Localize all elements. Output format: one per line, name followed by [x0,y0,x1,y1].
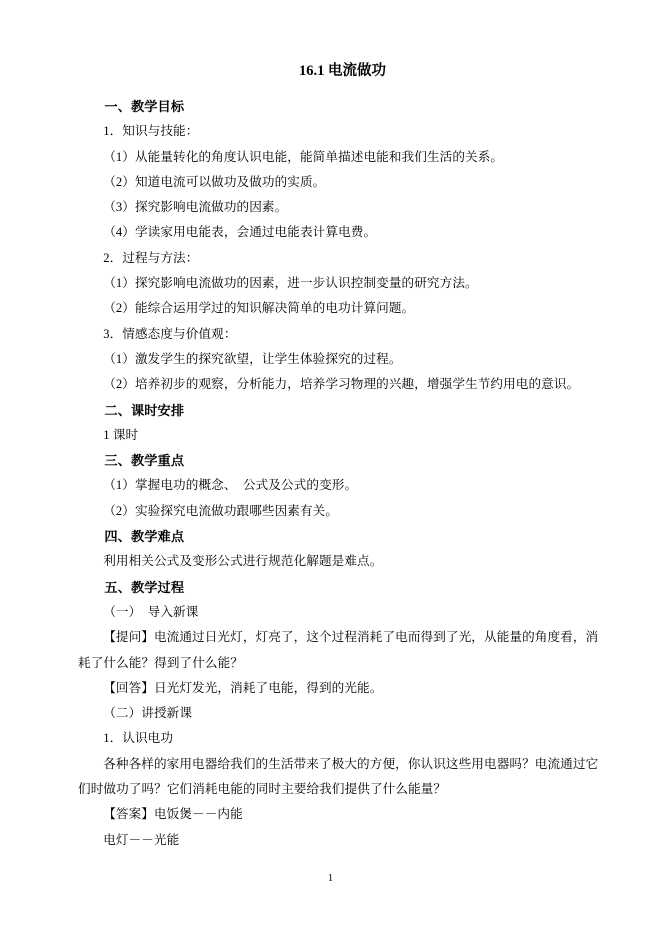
section-heading-lesson-hours: 二、课时安排 [78,398,607,423]
paragraph-goal-item-2: （2）知道电流可以做功及做功的实质。 [78,170,607,195]
paragraph-goal-item-1: （1）从能量转化的角度认识电能，能简单描述电能和我们生活的关系。 [78,145,607,170]
paragraph-method-item-1: （1）探究影响电流做功的因素，进一步认识控制变量的研究方法。 [78,271,607,296]
paragraph-value-item-2: （2）培养初步的观察，分析能力，培养学习物理的兴趣，增强学生节约用电的意识。 [78,372,607,397]
paragraph-appliances-intro: 各种各样的家用电器给我们的生活带来了极大的方便，你认识这些用电器吗？电流通过它们… [78,752,607,803]
section-heading-teaching-goals: 一、教学目标 [78,94,607,119]
paragraph-answer-lamp: 电灯－－光能 [78,828,607,853]
paragraph-knowledge-skills: 1．知识与技能： [78,119,607,144]
page-number: 1 [0,872,661,886]
paragraph-question: 【提问】电流通过日光灯，灯亮了，这个过程消耗了电而得到了光，从能量的角度看，消耗… [78,625,607,676]
section-heading-teaching-difficulty: 四、教学难点 [78,524,607,549]
paragraph-answer-rice-cooker: 【答案】电饭煲－－内能 [78,802,607,827]
paragraph-goal-item-4: （4）学读家用电能表，会通过电能表计算电费。 [78,220,607,245]
paragraph-new-lesson-subheading: （二）讲授新课 [78,701,607,726]
document-title: 16.1 电流做功 [78,58,607,84]
paragraph-answer: 【回答】日光灯发光，消耗了电能，得到的光能。 [78,676,607,701]
paragraph-difficulty: 利用相关公式及变形公式进行规范化解题是难点。 [78,549,607,574]
document-page: 16.1 电流做功 一、教学目标 1．知识与技能： （1）从能量转化的角度认识电… [0,0,661,936]
paragraph-process-methods: 2．过程与方法： [78,246,607,271]
paragraph-lead-in-subheading: （一） 导入新课 [78,600,607,625]
section-heading-teaching-process: 五、教学过程 [78,575,607,600]
document-content: 16.1 电流做功 一、教学目标 1．知识与技能： （1）从能量转化的角度认识电… [0,0,661,853]
paragraph-focus-item-2: （2）实验探究电流做功跟哪些因素有关。 [78,499,607,524]
paragraph-know-electric-work: 1．认识电功 [78,726,607,751]
paragraph-method-item-2: （2）能综合运用学过的知识解决简单的电功计算问题。 [78,296,607,321]
paragraph-value-item-1: （1）激发学生的探究欲望，让学生体验探究的过程。 [78,347,607,372]
paragraph-goal-item-3: （3）探究影响电流做功的因素。 [78,195,607,220]
paragraph-lesson-hours: 1 课时 [78,423,607,448]
paragraph-focus-item-1: （1）掌握电功的概念、 公式及公式的变形。 [78,473,607,498]
section-heading-teaching-focus: 三、教学重点 [78,448,607,473]
paragraph-affect-values: 3．情感态度与价值观： [78,322,607,347]
